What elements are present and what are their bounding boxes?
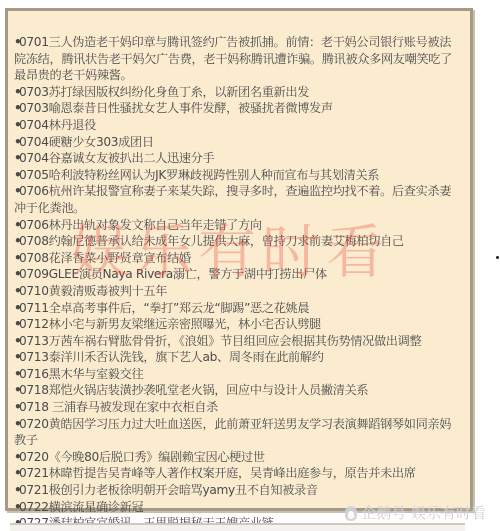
list-item: •0709GLEE演员Naya Rivera溺亡，警方于湖中打捞出尸体 (14, 266, 462, 283)
list-item-text: 0718 三浦春马被发现在家中衣柜自杀 (19, 400, 218, 414)
list-item-text: 0703苏打绿因版权纠纷化身鱼丁糸，以新团名重新出发 (19, 85, 309, 99)
list-item-text: 0705哈利波特粉丝网认为JK罗琳歧视跨性别人种而宣布与其划清关系 (19, 168, 379, 182)
list-item-text: 0713泰洋川禾否认洗钱，旗下艺人ab、周冬雨在此前解约 (19, 350, 324, 364)
list-item-text: 0704谷嘉诚女友被扒出二人迅速分手 (19, 151, 214, 165)
list-item: •0706林丹出轨对象发文称自己当年走错了方向 (14, 217, 462, 234)
bullet-icon: • (14, 482, 18, 499)
bullet-icon: • (14, 349, 18, 366)
list-item-text: 0720《今晚80后脱口秀》编剧赖宝因心梗过世 (19, 450, 265, 464)
list-item-text: 0721林暐哲提告吴青峰等人著作权案开庭，吴青峰出庭参与，原告并未出席 (19, 466, 416, 480)
list-item: •0704林丹退役 (14, 117, 462, 134)
bullet-icon: • (14, 283, 18, 300)
list-item-text: 0703喻恩泰昔日性骚扰女艺人事件发酵，被骚扰者微博发声 (19, 101, 333, 115)
stray-dot (496, 256, 499, 259)
list-item: •0703喻恩泰昔日性骚扰女艺人事件发酵，被骚扰者微博发声 (14, 100, 462, 117)
list-item-text: 0706林丹出轨对象发文称自己当年走错了方向 (19, 218, 262, 232)
list-item: •0720《今晚80后脱口秀》编剧赖宝因心梗过世 (14, 449, 462, 466)
list-item: •0718 三浦春马被发现在家中衣柜自杀 (14, 399, 462, 416)
list-item-text: 0720黄皓因学习压力过大吐血送医，此前萧亚轩送男友学习表演舞蹈钢琴如同亲妈教子 (14, 417, 451, 448)
source-label: 企鹅号 娱乐有时看 (361, 504, 486, 522)
bullet-icon: • (14, 233, 18, 250)
list-item: •0720黄皓因学习压力过大吐血送医，此前萧亚轩送男友学习表演舞蹈钢琴如同亲妈教… (14, 416, 462, 449)
list-item-text: 0709GLEE演员Naya Rivera溺亡，警方于湖中打捞出尸体 (19, 267, 327, 281)
bullet-icon: • (14, 366, 18, 383)
list-item: •0704硬糖少女303成团日 (14, 134, 462, 151)
list-item-text: 0710黄毅清贩毒被判十五年 (19, 284, 167, 298)
list-item-text: 0701三人伪造老干妈印章与腾讯签约广告被抓捕。前情：老干妈公司银行账号被法院冻… (14, 35, 452, 82)
bullet-icon: • (14, 183, 18, 200)
event-list: •0701三人伪造老干妈印章与腾讯签约广告被抓捕。前情：老干妈公司银行账号被法院… (14, 34, 462, 531)
list-item-text: 0712林小宅与新男友梁继远亲密照曝光，林小宅否认劈腿 (19, 317, 321, 331)
list-item: •0703苏打绿因版权纠纷化身鱼丁糸，以新团名重新出发 (14, 84, 462, 101)
bullet-icon: • (14, 34, 18, 51)
bullet-icon: • (14, 217, 18, 234)
bullet-icon: • (14, 84, 18, 101)
bullet-icon: • (14, 167, 18, 184)
list-item-text: 0718郑恺火锅店装潢抄袭吼堂老火锅，回应中与设计人员撇清关系 (19, 383, 368, 397)
list-item: •0708约翰尼德普承认给未成年女儿提供大麻，曾持刀求前妻艾梅柏切自己 (14, 233, 462, 250)
bullet-icon: • (14, 150, 18, 167)
list-item: •0721极创引力老板徐明朝开会暗骂yamy丑不自知被录音 (14, 482, 462, 499)
list-item: •0701三人伪造老干妈印章与腾讯签约广告被抓捕。前情：老干妈公司银行账号被法院… (14, 34, 462, 84)
bullet-icon: • (14, 316, 18, 333)
list-item: •0718郑恺火锅店装潢抄袭吼堂老火锅，回应中与设计人员撇清关系 (14, 382, 462, 399)
list-item: •0721林暐哲提告吴青峰等人著作权案开庭，吴青峰出庭参与，原告并未出席 (14, 465, 462, 482)
list-item-text: 0704林丹退役 (19, 118, 96, 132)
list-item-text: 0708花泽香菜小野贤章宣布结婚 (19, 251, 191, 265)
bullet-icon: • (14, 449, 18, 466)
bullet-icon: • (14, 499, 18, 516)
bullet-icon: • (14, 416, 18, 433)
bullet-icon: • (14, 266, 18, 283)
bullet-icon: • (14, 382, 18, 399)
list-item-text: 0708约翰尼德普承认给未成年女儿提供大麻，曾持刀求前妻艾梅柏切自己 (19, 234, 404, 248)
penguin-icon (345, 506, 357, 521)
list-item: •0705哈利波特粉丝网认为JK罗琳歧视跨性别人种而宣布与其划清关系 (14, 167, 462, 184)
list-item: •0713泰洋川禾否认洗钱，旗下艺人ab、周冬雨在此前解约 (14, 349, 462, 366)
list-item: •0706杭州许某报警宣称妻子来某失踪，搜寻多时，查遍监控均找不着。后查实杀妻冲… (14, 183, 462, 216)
list-item: •0716黑木华与室毅交往 (14, 366, 462, 383)
list-item-text: 0716黑木华与室毅交往 (19, 367, 143, 381)
bullet-icon: • (14, 465, 18, 482)
bullet-icon: • (14, 333, 18, 350)
bullet-icon: • (14, 134, 18, 151)
bullet-icon: • (14, 117, 18, 134)
list-item-text: 0706杭州许某报警宣称妻子来某失踪，搜寻多时，查遍监控均找不着。后查实杀妻冲于… (14, 184, 451, 215)
bottom-divider (10, 523, 465, 531)
list-item-text: 0721极创引力老板徐明朝开会暗骂yamy丑不自知被录音 (19, 483, 318, 497)
bullet-icon: • (14, 399, 18, 416)
bullet-icon: • (14, 250, 18, 267)
list-item: •0704谷嘉诚女友被扒出二人迅速分手 (14, 150, 462, 167)
list-item-text: 0722横滨流星确诊新冠 (19, 500, 143, 514)
list-item-text: 0704硬糖少女303成团日 (19, 135, 154, 149)
bullet-icon: • (14, 100, 18, 117)
source-watermark: 企鹅号 娱乐有时看 (345, 504, 486, 522)
list-item: •0708花泽香菜小野贤章宣布结婚 (14, 250, 462, 267)
list-item: •0713万茜车祸右臂肱骨骨折，《浪姐》节目组回应会根据其伤势情况做出调整 (14, 333, 462, 350)
list-item-text: 0711全卓高考事件后，“拳打”郑云龙“脚踢”恶之花姚晨 (19, 301, 309, 315)
list-item: •0711全卓高考事件后，“拳打”郑云龙“脚踢”恶之花姚晨 (14, 300, 462, 317)
bullet-icon: • (14, 300, 18, 317)
list-item: •0710黄毅清贩毒被判十五年 (14, 283, 462, 300)
list-item-text: 0713万茜车祸右臂肱骨骨折，《浪姐》节目组回应会根据其伤势情况做出调整 (19, 334, 421, 348)
list-item: •0712林小宅与新男友梁继远亲密照曝光，林小宅否认劈腿 (14, 316, 462, 333)
